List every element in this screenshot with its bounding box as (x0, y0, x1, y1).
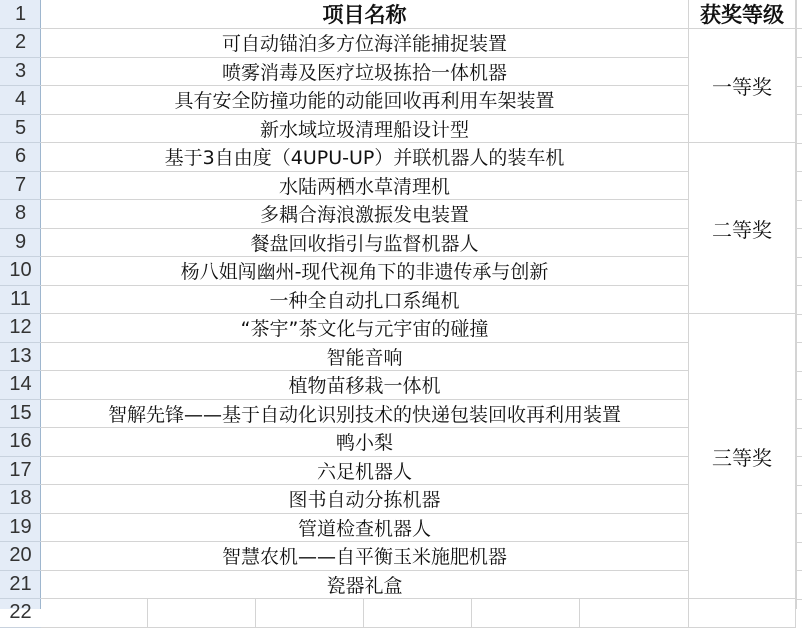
row-header-17[interactable]: 17 (0, 457, 41, 486)
empty-cell[interactable] (364, 599, 472, 609)
award-cell-third-prize[interactable]: 三等奖 (689, 314, 796, 599)
header-project-name[interactable]: 项目名称 (41, 0, 689, 29)
row-header-13[interactable]: 13 (0, 343, 41, 372)
row-header-21[interactable]: 21 (0, 571, 41, 600)
project-cell[interactable]: 喷雾消毒及医疗垃圾拣拾一体机器 (41, 58, 689, 87)
row-header-18[interactable]: 18 (0, 485, 41, 514)
row-header-11[interactable]: 11 (0, 286, 41, 315)
project-cell[interactable]: “茶宇”茶文化与元宇宙的碰撞 (41, 314, 689, 343)
row-header-10[interactable]: 10 (0, 257, 41, 286)
empty-cell[interactable] (41, 599, 148, 609)
project-cell[interactable]: 智解先锋——基于自动化识别技术的快递包装回收再利用装置 (41, 400, 689, 429)
project-cell[interactable]: 多耦合海浪激振发电装置 (41, 200, 689, 229)
row-header-19[interactable]: 19 (0, 514, 41, 543)
award-cell-first-prize[interactable]: 一等奖 (689, 29, 796, 143)
row-header-6[interactable]: 6 (0, 143, 41, 172)
header-award-level[interactable]: 获奖等级 (689, 0, 796, 29)
project-cell[interactable]: 智慧农机——自平衡玉米施肥机器 (41, 542, 689, 571)
empty-cell[interactable] (256, 599, 364, 609)
project-cell[interactable]: 智能音响 (41, 343, 689, 372)
project-cell[interactable]: 管道检查机器人 (41, 514, 689, 543)
row-header-8[interactable]: 8 (0, 200, 41, 229)
project-cell[interactable]: 具有安全防撞功能的动能回收再利用车架装置 (41, 86, 689, 115)
empty-cell[interactable] (148, 599, 256, 609)
project-cell[interactable]: 六足机器人 (41, 457, 689, 486)
project-cell[interactable]: 杨八姐闯幽州-现代视角下的非遗传承与创新 (41, 257, 689, 286)
row-header-1[interactable]: 1 (0, 0, 41, 29)
empty-cell[interactable] (580, 599, 689, 609)
award-cell-second-prize[interactable]: 二等奖 (689, 143, 796, 314)
row-header-5[interactable]: 5 (0, 115, 41, 144)
project-cell[interactable]: 一种全自动扎口系绳机 (41, 286, 689, 315)
row-header-3[interactable]: 3 (0, 58, 41, 87)
project-cell[interactable]: 新水域垃圾清理船设计型 (41, 115, 689, 144)
project-cell[interactable]: 图书自动分拣机器 (41, 485, 689, 514)
empty-cell[interactable] (689, 599, 796, 609)
project-cell[interactable]: 基于3自由度（4UPU-UP）并联机器人的装车机 (41, 143, 689, 172)
project-cell[interactable]: 水陆两栖水草清理机 (41, 172, 689, 201)
project-cell[interactable]: 鸭小梨 (41, 428, 689, 457)
row-header-12[interactable]: 12 (0, 314, 41, 343)
row-header-14[interactable]: 14 (0, 371, 41, 400)
row-header-7[interactable]: 7 (0, 172, 41, 201)
row-header-9[interactable]: 9 (0, 229, 41, 258)
row-header-2[interactable]: 2 (0, 29, 41, 58)
project-cell[interactable]: 餐盘回收指引与监督机器人 (41, 229, 689, 258)
row-header-16[interactable]: 16 (0, 428, 41, 457)
row-header-22[interactable]: 22 (0, 599, 41, 609)
empty-cell[interactable] (472, 599, 580, 609)
project-cell[interactable]: 可自动锚泊多方位海洋能捕捉装置 (41, 29, 689, 58)
row-header-15[interactable]: 15 (0, 400, 41, 429)
spreadsheet: 1 2 3 4 5 6 7 8 9 10 11 12 13 14 15 16 1… (0, 0, 802, 609)
row-header-4[interactable]: 4 (0, 86, 41, 115)
gridline (796, 0, 797, 609)
project-cell[interactable]: 植物苗移栽一体机 (41, 371, 689, 400)
row-header-20[interactable]: 20 (0, 542, 41, 571)
project-cell[interactable]: 瓷器礼盒 (41, 571, 689, 600)
